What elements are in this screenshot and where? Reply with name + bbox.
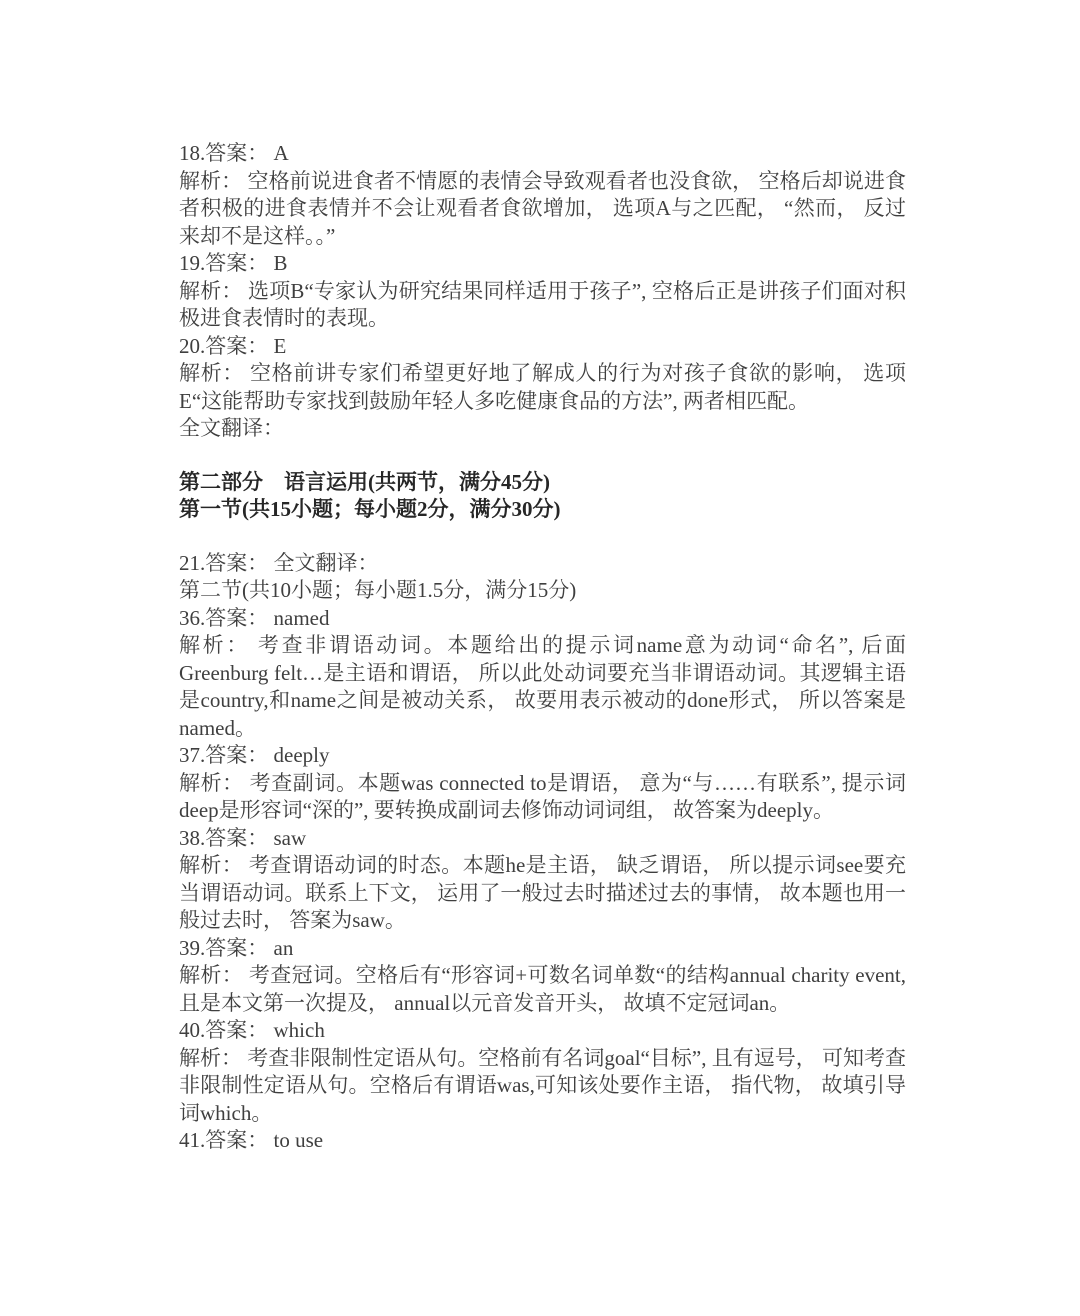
analysis-37: 解析： 考查副词。本题was connected to是谓语， 意为“与……有联… xyxy=(179,770,906,825)
answer-line-20: 20.答案： E xyxy=(179,333,906,361)
answer-line-21: 21.答案： 全文翻译： xyxy=(179,550,906,578)
analysis-18: 解析： 空格前说进食者不情愿的表情会导致观看者也没食欲， 空格后却说进食者积极的… xyxy=(179,168,906,251)
translation-note: 全文翻译： xyxy=(179,415,906,443)
answer-line-40: 40.答案： which xyxy=(179,1017,906,1045)
answer-line-37: 37.答案： deeply xyxy=(179,742,906,770)
analysis-38: 解析： 考查谓语动词的时态。本题he是主语， 缺乏谓语， 所以提示词see要充当… xyxy=(179,852,906,935)
section1-heading: 第一节(共15小题；每小题2分，满分30分) xyxy=(179,496,906,524)
analysis-19: 解析： 选项B“专家认为研究结果同样适用于孩子”, 空格后正是讲孩子们面对积极进… xyxy=(179,278,906,333)
answer-line-38: 38.答案： saw xyxy=(179,825,906,853)
answer-line-19: 19.答案： B xyxy=(179,250,906,278)
answer-line-36: 36.答案： named xyxy=(179,605,906,633)
answer-line-41: 41.答案： to use xyxy=(179,1127,906,1155)
answer-line-18: 18.答案： A xyxy=(179,140,906,168)
analysis-39: 解析： 考查冠词。空格后有“形容词+可数名词单数“的结构annual chari… xyxy=(179,962,906,1017)
analysis-40: 解析： 考查非限制性定语从句。空格前有名词goal“目标”, 且有逗号， 可知考… xyxy=(179,1045,906,1128)
answer-key-page: 18.答案： A 解析： 空格前说进食者不情愿的表情会导致观看者也没食欲， 空格… xyxy=(179,140,906,1155)
section2-heading: 第二节(共10小题；每小题1.5分，满分15分) xyxy=(179,577,906,605)
part2-section-heading: 第二部分 语言运用(共两节，满分45分) xyxy=(179,469,906,497)
analysis-20: 解析： 空格前讲专家们希望更好地了解成人的行为对孩子食欲的影响， 选项E“这能帮… xyxy=(179,360,906,415)
answer-line-39: 39.答案： an xyxy=(179,935,906,963)
analysis-36: 解析： 考查非谓语动词。本题给出的提示词name意为动词“命名”, 后面Gree… xyxy=(179,632,906,742)
